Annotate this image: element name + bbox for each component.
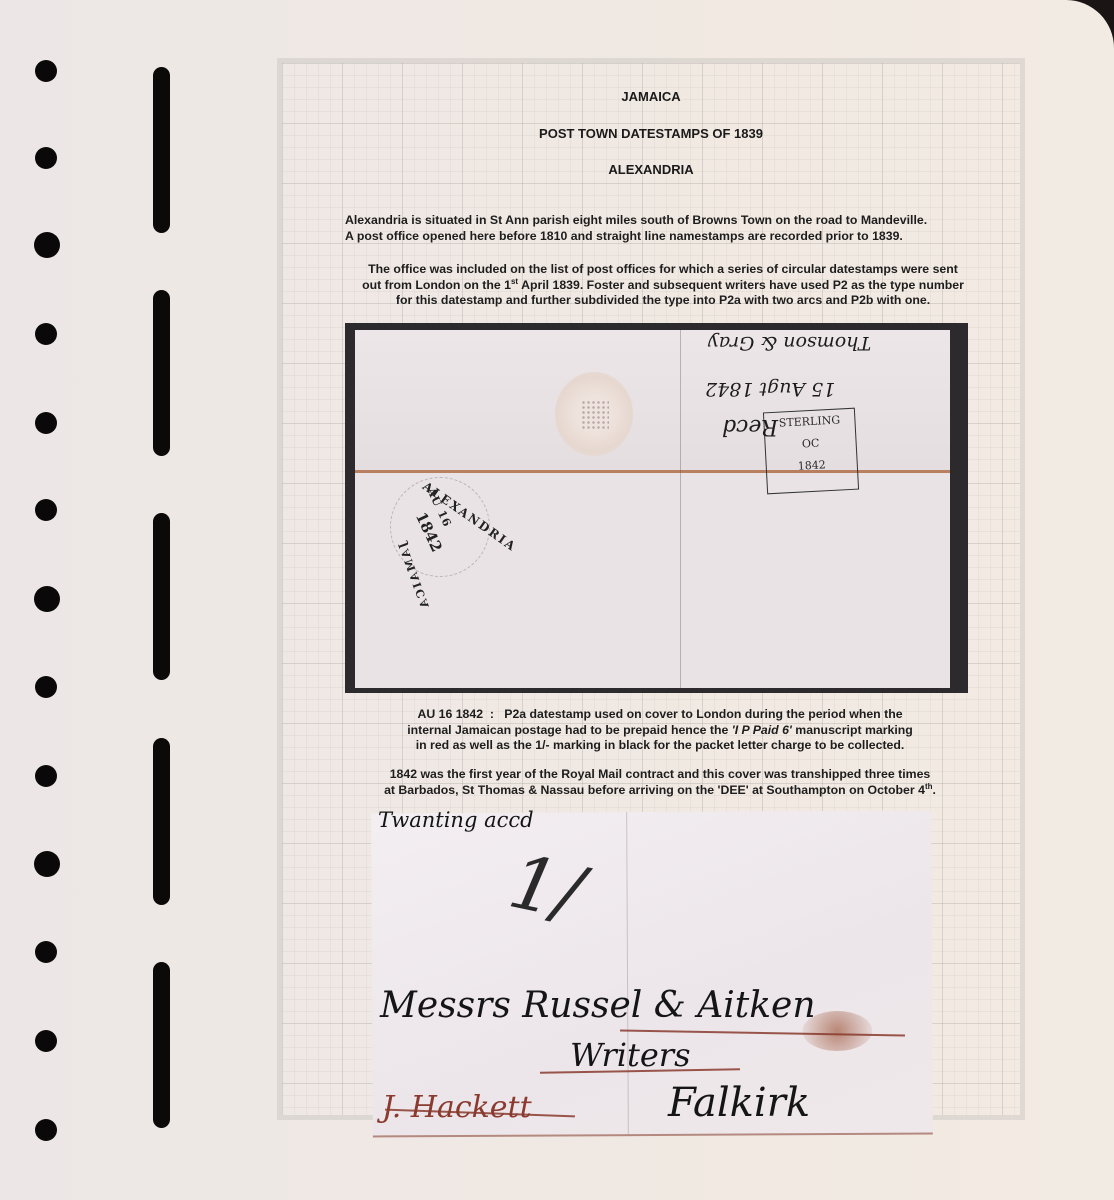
album-page: JAMAICA POST TOWN DATESTAMPS OF 1839 ALE… <box>0 0 1114 1200</box>
italic-span: 'I P Paid 6' <box>732 723 792 737</box>
caption-paragraph-1: AU 16 1842 : P2a datestamp used on cover… <box>345 707 975 754</box>
binder-slot <box>153 513 170 680</box>
text-line: The office was included on the list of p… <box>343 262 983 278</box>
binder-hole <box>35 676 57 698</box>
text-line: out from London on the 1st April 1839. F… <box>343 278 983 294</box>
caption-paragraph-2: 1842 was the first year of the Royal Mai… <box>345 767 975 798</box>
binder-hole <box>35 765 57 787</box>
cover-1-front <box>371 811 933 1138</box>
intro-paragraph-1: Alexandria is situated in St Ann parish … <box>345 213 927 244</box>
page-subtitle: POST TOWN DATESTAMPS OF 1839 <box>282 126 1020 141</box>
binder-slot <box>153 67 170 233</box>
manuscript-docket-date: 15 Augt 1842 <box>705 378 835 400</box>
section-title: ALEXANDRIA <box>282 162 1020 177</box>
text-span: manuscript marking <box>792 723 913 737</box>
binder-hole <box>34 232 60 258</box>
manuscript-origin-red: J. Hackett <box>382 1090 532 1125</box>
page-title: JAMAICA <box>282 89 1020 104</box>
binder-hole <box>34 851 60 877</box>
binder-slot <box>153 962 170 1128</box>
binder-hole <box>35 412 57 434</box>
text-line: Alexandria is situated in St Ann parish … <box>345 213 927 229</box>
binder-slot <box>153 290 170 456</box>
seal-impression <box>581 400 609 430</box>
superscript: th <box>925 781 933 790</box>
address-line-2: Writers <box>570 1036 691 1074</box>
binder-hole <box>35 941 57 963</box>
manuscript-docket: Thomson & Gray <box>708 332 871 354</box>
text-span: . <box>933 783 936 797</box>
binder-hole <box>35 1119 57 1141</box>
manuscript-endorsement: Twanting accd <box>378 808 534 832</box>
text-line: internal Jamaican postage had to be prep… <box>345 723 975 739</box>
binder-hole <box>35 60 57 82</box>
text-span: out from London on the 1 <box>362 278 511 292</box>
text-span: April 1839. Foster and subsequent writer… <box>518 278 964 292</box>
text-line: A post office opened here before 1810 an… <box>345 229 927 245</box>
binder-slot <box>153 738 170 905</box>
text-line: 1842 was the first year of the Royal Mai… <box>345 767 975 783</box>
address-line-1: Messrs Russel & Aitken <box>380 985 816 1026</box>
text-span: at Barbados, St Thomas & Nassau before a… <box>384 783 925 797</box>
intro-paragraph-2: The office was included on the list of p… <box>343 262 983 309</box>
manuscript-received: Recd <box>722 414 778 439</box>
text-span: internal Jamaican postage had to be prep… <box>407 723 732 737</box>
binder-hole <box>35 147 57 169</box>
text-line: AU 16 1842 : P2a datestamp used on cover… <box>345 707 975 723</box>
text-line: for this datestamp and further subdivide… <box>343 293 983 309</box>
fold-line <box>680 330 681 688</box>
binder-hole <box>35 323 57 345</box>
text-line: in red as well as the 1/- marking in bla… <box>345 738 975 754</box>
binder-hole <box>35 499 57 521</box>
binder-hole <box>35 1030 57 1052</box>
fold-line <box>626 812 629 1134</box>
address-line-3: Falkirk <box>668 1080 810 1126</box>
alexandria-datestamp: ALEXANDRIA JAMAICA AU 16 1842 <box>390 477 490 577</box>
binder-hole <box>34 586 60 612</box>
stamp-text: 1842 <box>766 453 857 480</box>
text-line: at Barbados, St Thomas & Nassau before a… <box>345 783 975 799</box>
